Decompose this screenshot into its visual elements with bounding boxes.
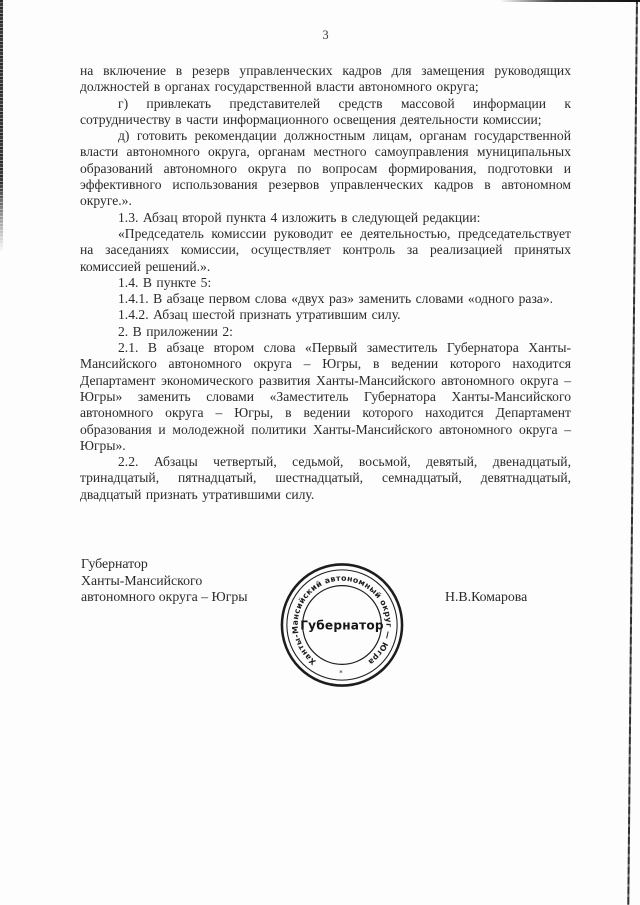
signature-role-line: автономного округа – Югры — [81, 589, 248, 606]
signature-role-block: Губернатор Ханты-Мансийского автономного… — [81, 556, 248, 606]
paragraph-2: 2. В приложении 2: — [80, 324, 571, 340]
signature-role-line: Губернатор — [81, 556, 248, 573]
scan-artifact-right-edge — [627, 0, 637, 905]
scan-artifact-top-edge — [500, 0, 640, 2]
paragraph-1-3: 1.3. Абзац второй пункта 4 изложить в сл… — [80, 210, 571, 226]
paragraph-continuation: на включение в резерв управленческих кад… — [80, 63, 571, 96]
paragraph-2-1: 2.1. В абзаце втором слова «Первый замес… — [80, 340, 571, 454]
signature-role-line: Ханты-Мансийского — [81, 573, 248, 590]
page-number: 3 — [80, 28, 571, 43]
signature-name: Н.В.Комарова — [445, 589, 527, 605]
stamp-center-text: Губернатор — [300, 618, 384, 632]
paragraph-1-4-2: 1.4.2. Абзац шестой признать утратившим … — [80, 307, 571, 323]
paragraph-2-2: 2.2. Абзацы четвертый, седьмой, восьмой,… — [80, 454, 571, 503]
stamp-bottom-mark: * — [339, 669, 343, 677]
paragraph-item-d: д) готовить рекомендации должностным лиц… — [80, 128, 571, 209]
document-body: на включение в резерв управленческих кад… — [80, 63, 571, 503]
paragraph-1-4-1: 1.4.1. В абзаце первом слова «двух раз» … — [80, 291, 571, 307]
governor-seal-stamp: Ханты-Мансийский автономный округ — Югра… — [278, 561, 406, 689]
scanned-document-page: 3 на включение в резерв управленческих к… — [0, 0, 640, 905]
paragraph-item-g: г) привлекать представителей средств мас… — [80, 96, 571, 129]
paragraph-1-4: 1.4. В пункте 5: — [80, 275, 571, 291]
paragraph-quote-chairman: «Председатель комиссии руководит ее деят… — [80, 226, 571, 275]
scan-artifact-left-edge — [0, 0, 3, 252]
